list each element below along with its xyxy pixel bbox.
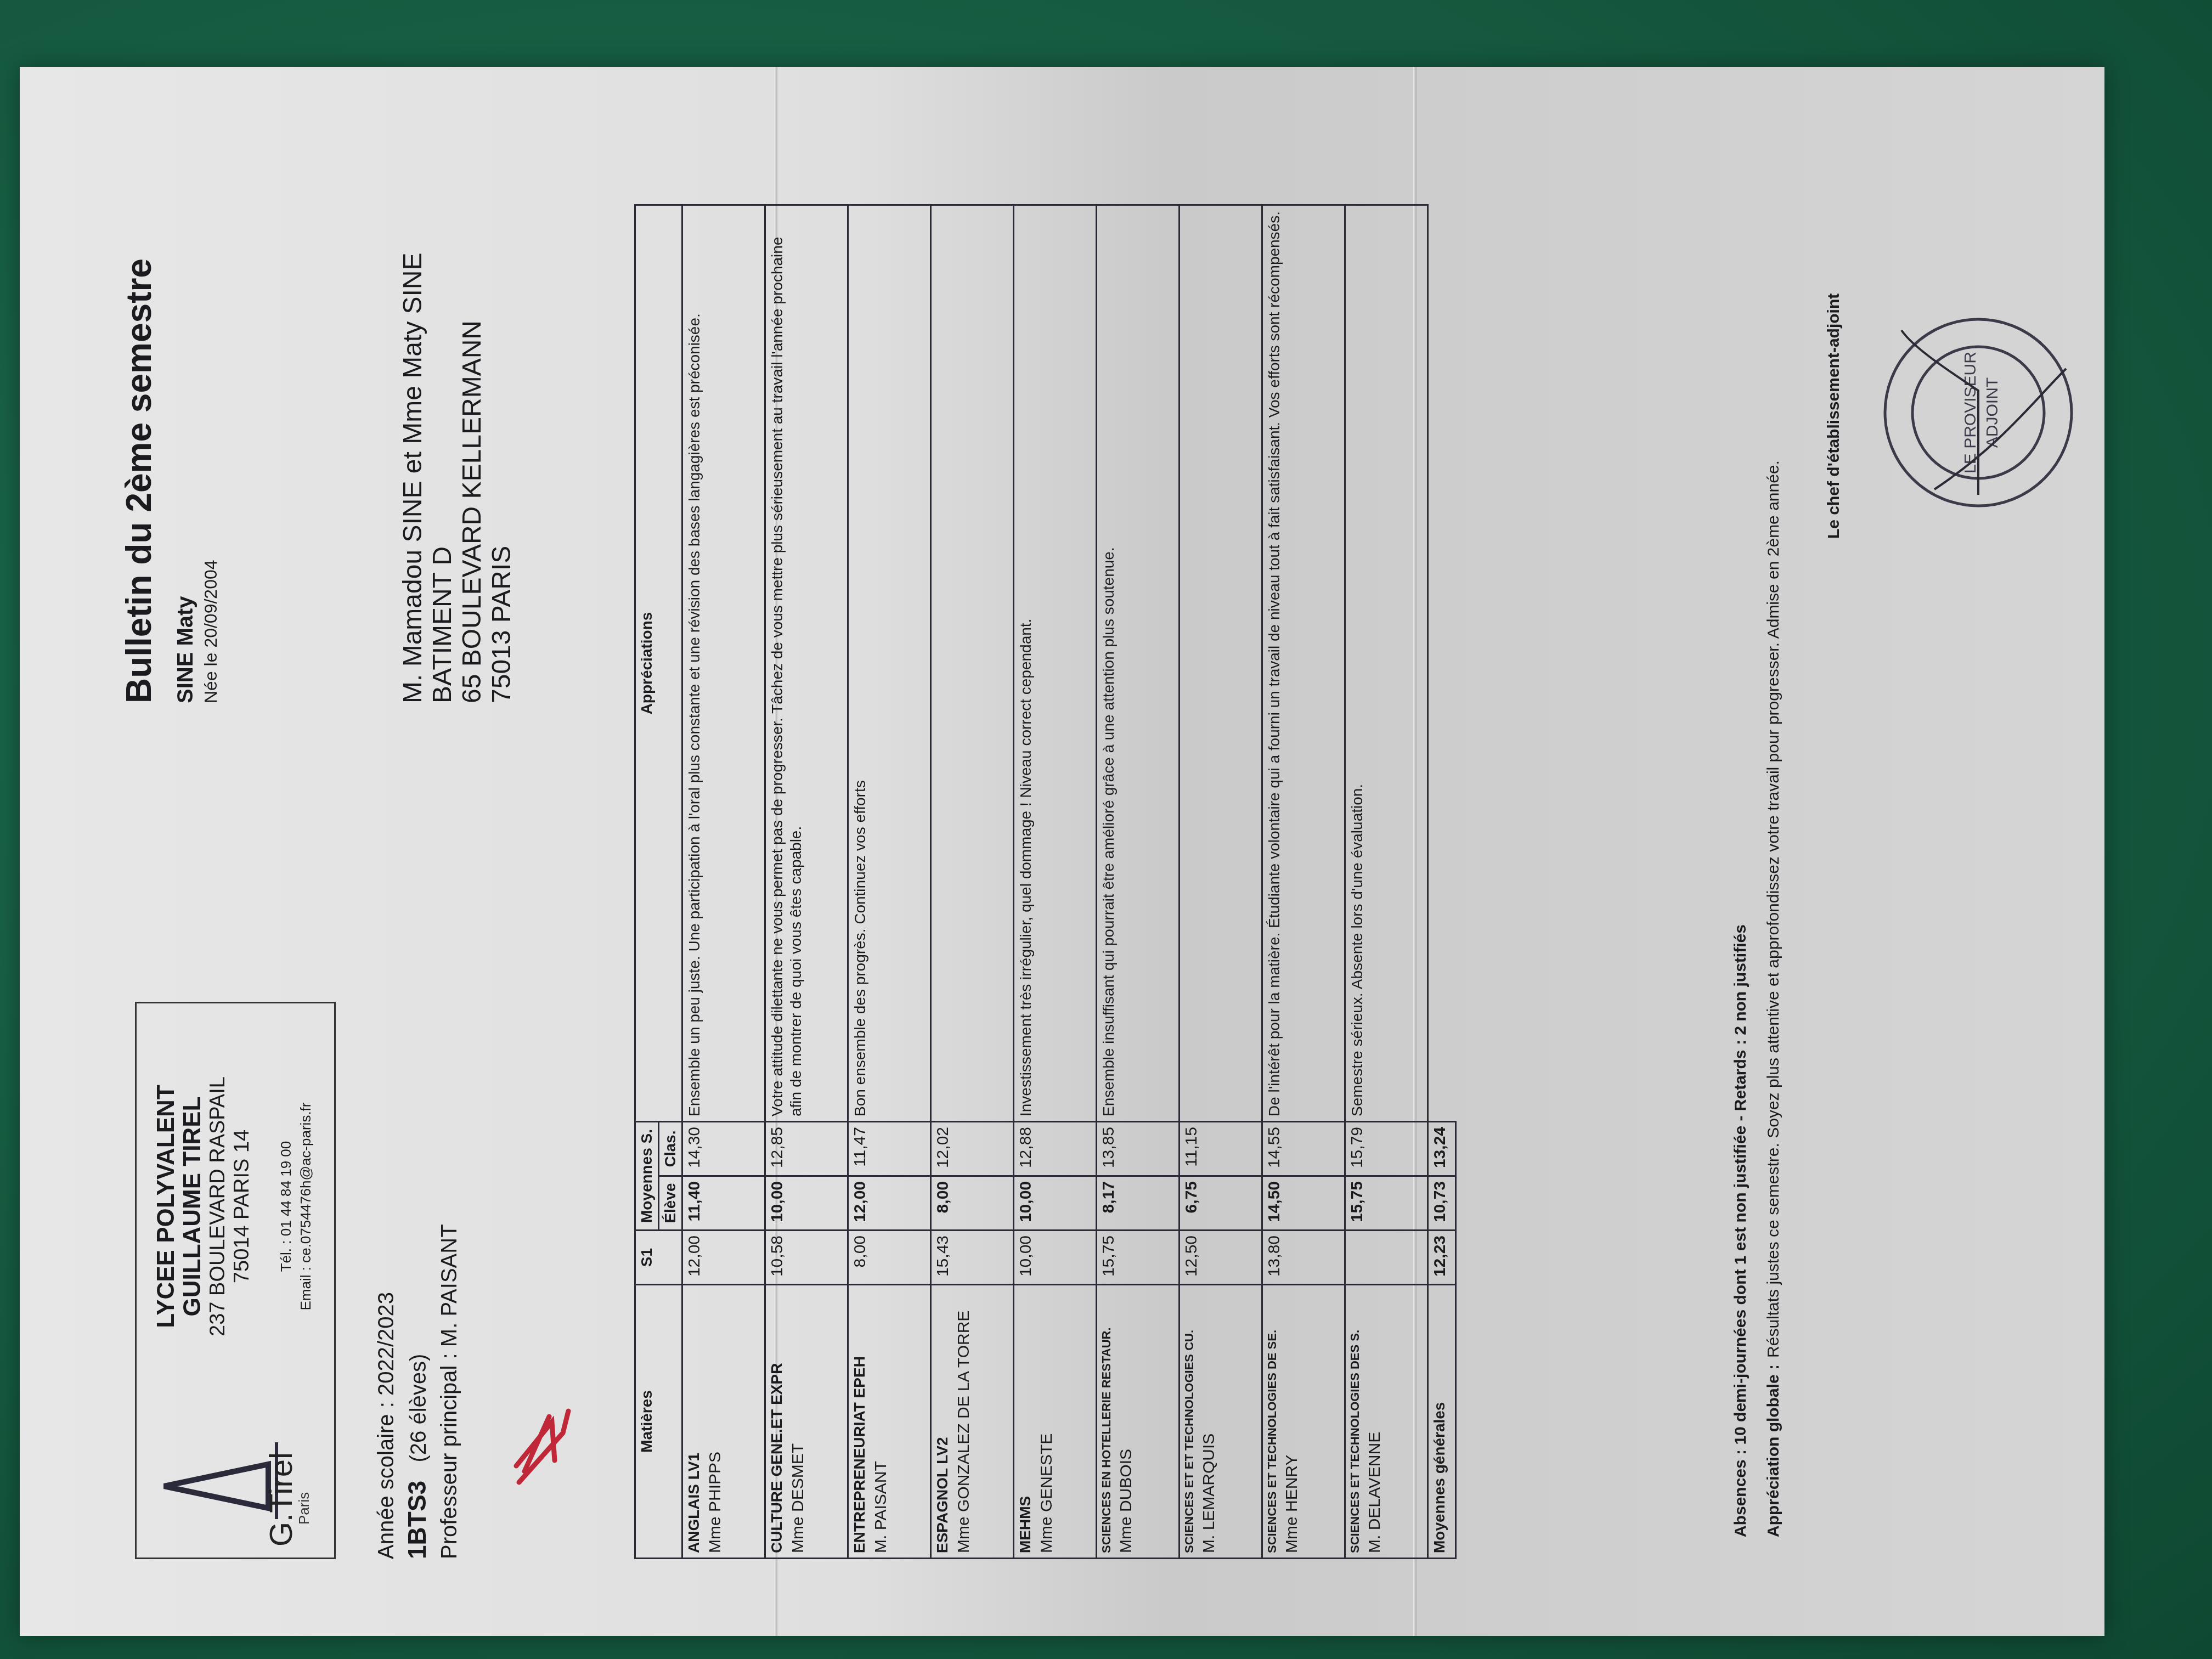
teacher-name: M. PAISANT	[872, 1290, 890, 1553]
class-info: Année scolaire : 2022/2023 1BTS3 (26 élè…	[371, 1224, 465, 1559]
totals-classe: 13,24	[1428, 1122, 1456, 1176]
recipient-address: M. Mamadou SINE et Mme Maty SINE BATIMEN…	[398, 252, 517, 703]
school-phone: Tél. : 01 44 84 19 00	[276, 1020, 296, 1393]
subject-cell: ENTREPRENEURIAT EPEH M. PAISANT	[848, 1285, 931, 1559]
s1-grade: 8,00	[848, 1231, 931, 1285]
grades-table: Matières S1 Moyennes S. Appréciations Él…	[634, 204, 1457, 1559]
col-appreciations: Appréciations	[635, 205, 682, 1122]
appreciation	[1180, 205, 1262, 1122]
table-row: SCIENCES EN HOTELLERIE RESTAUR. Mme DUBO…	[1097, 205, 1180, 1559]
head-teacher: Professeur principal : M. PAISANT	[434, 1224, 465, 1559]
school-name-2: GUILLAUME TIREL	[179, 1020, 206, 1393]
class-grade: 15,79	[1345, 1122, 1428, 1176]
class-size: (26 élèves)	[407, 1354, 431, 1463]
recipient-street: 65 BOULEVARD KELLERMANN	[458, 252, 487, 703]
totals-eleve: 10,73	[1428, 1176, 1456, 1231]
col-eleve: Élève	[659, 1176, 682, 1231]
s1-grade: 13,80	[1262, 1231, 1345, 1285]
table-row: SCIENCES ET TECHNOLOGIES DES S. M. DELAV…	[1345, 205, 1428, 1559]
appreciation: Ensemble un peu juste. Une participation…	[682, 205, 765, 1122]
class-grade: 11,15	[1180, 1122, 1262, 1176]
student-grade: 10,00	[765, 1176, 848, 1231]
student-grade: 14,50	[1262, 1176, 1345, 1231]
col-classe: Clas.	[659, 1122, 682, 1176]
s1-grade: 10,58	[765, 1231, 848, 1285]
subject-name: SCIENCES ET TECHNOLOGIES DE SE.	[1265, 1290, 1279, 1553]
s1-grade: 10,00	[1014, 1231, 1097, 1285]
teacher-name: Mme DUBOIS	[1117, 1290, 1136, 1553]
totals-label: Moyennes générales	[1428, 1285, 1456, 1559]
subject-cell: ANGLAIS LV1 Mme PHIPPS	[682, 1285, 765, 1559]
logo-name: G.Tirel	[263, 1452, 300, 1547]
student-grade: 11,40	[682, 1176, 765, 1231]
student-birthdate: Née le 20/09/2004	[201, 560, 221, 703]
global-text: Résultats justes ce semestre. Soyez plus…	[1764, 460, 1782, 1358]
absences: Absences : 10 demi-journées dont 1 est n…	[1731, 924, 1750, 1537]
subject-cell: SCIENCES ET TECHNOLOGIES DES S. M. DELAV…	[1345, 1285, 1428, 1559]
school-address-2: 75014 PARIS 14	[230, 1020, 254, 1393]
class-code: 1BTS3	[403, 1481, 431, 1559]
school-year: Année scolaire : 2022/2023	[371, 1224, 402, 1559]
global-label: Appréciation globale :	[1764, 1364, 1782, 1537]
subject-cell: ESPAGNOL LV2 Mme GONZALEZ DE LA TORRE	[931, 1285, 1014, 1559]
table-row: ENTREPRENEURIAT EPEH M. PAISANT 8,00 12,…	[848, 205, 931, 1559]
school-email: Email : ce.0754476h@ac-paris.fr	[296, 1020, 315, 1393]
table-row: ESPAGNOL LV2 Mme GONZALEZ DE LA TORRE 15…	[931, 205, 1014, 1559]
recipient-building: BATIMENT D	[428, 252, 458, 703]
class-grade: 12,02	[931, 1122, 1014, 1176]
table-row: MEHMS Mme GENESTE 10,00 10,00 12,88 Inve…	[1014, 205, 1097, 1559]
subject-cell: SCIENCES ET TECHNOLOGIES DE SE. Mme HENR…	[1262, 1285, 1345, 1559]
subject-cell: SCIENCES EN HOTELLERIE RESTAUR. Mme DUBO…	[1097, 1285, 1180, 1559]
subject-name: ENTREPRENEURIAT EPEH	[851, 1290, 868, 1553]
class-grade: 14,55	[1262, 1122, 1345, 1176]
class-grade: 14,30	[682, 1122, 765, 1176]
school-name-1: LYCEE POLYVALENT	[153, 1020, 179, 1393]
class-grade: 13,85	[1097, 1122, 1180, 1176]
subject-name: CULTURE GENE.ET EXPR	[768, 1290, 786, 1553]
table-row: SCIENCES ET TECHNOLOGIES DE SE. Mme HENR…	[1262, 205, 1345, 1559]
red-pen-mark-icon	[503, 1384, 574, 1493]
subject-cell: MEHMS Mme GENESTE	[1014, 1285, 1097, 1559]
page-title: Bulletin du 2ème semestre	[119, 258, 159, 703]
student-grade: 10,00	[1014, 1176, 1097, 1231]
recipient-city: 75013 PARIS	[487, 252, 517, 703]
student-grade: 15,75	[1345, 1176, 1428, 1231]
school-address-1: 237 BOULEVARD RASPAIL	[206, 1020, 230, 1393]
report-card-sheet: G.Tirel Paris LYCEE POLYVALENT GUILLAUME…	[20, 67, 2104, 1636]
appreciation: Bon ensemble des progrès. Continuez vos …	[848, 205, 931, 1122]
teacher-name: Mme HENRY	[1283, 1290, 1301, 1553]
col-s1: S1	[635, 1231, 682, 1285]
official-stamp-icon: LE PROVISEUR ADJOINT	[1880, 314, 2077, 511]
table-row: CULTURE GENE.ET EXPR Mme DESMET 10,58 10…	[765, 205, 848, 1559]
appreciation: Votre attitude dilettante ne vous permet…	[765, 205, 848, 1122]
s1-grade	[1345, 1231, 1428, 1285]
student-grade: 6,75	[1180, 1176, 1262, 1231]
class-grade: 11,47	[848, 1122, 931, 1176]
recipient-name: M. Mamadou SINE et Mme Maty SINE	[398, 252, 428, 703]
totals-empty	[1428, 205, 1456, 1122]
table-row: SCIENCES ET ET TECHNOLOGIES CU. M. LEMAR…	[1180, 205, 1262, 1559]
signer-title: Le chef d'établissement-adjoint	[1825, 294, 1843, 539]
subject-name: MEHMS	[1017, 1290, 1034, 1553]
s1-grade: 15,75	[1097, 1231, 1180, 1285]
s1-grade: 12,50	[1180, 1231, 1262, 1285]
student-name: SINE Maty	[173, 596, 198, 703]
school-header: G.Tirel Paris LYCEE POLYVALENT GUILLAUME…	[135, 1002, 336, 1559]
appreciation: Ensemble insuffisant qui pourrait être a…	[1097, 205, 1180, 1122]
appreciation	[931, 205, 1014, 1122]
appreciation: De l'intérêt pour la matière. Étudiante …	[1262, 205, 1345, 1122]
student-grade: 8,00	[931, 1176, 1014, 1231]
col-subject: Matières	[635, 1285, 682, 1559]
class-grade: 12,85	[765, 1122, 848, 1176]
global-appreciation: Appréciation globale :Résultats justes c…	[1764, 460, 1783, 1537]
class-grade: 12,88	[1014, 1122, 1097, 1176]
teacher-name: M. LEMARQUIS	[1200, 1290, 1218, 1553]
totals-row: Moyennes générales 12,23 10,73 13,24	[1428, 205, 1456, 1559]
appreciation: Semestre sérieux. Absente lors d'une éva…	[1345, 205, 1428, 1122]
table-row: ANGLAIS LV1 Mme PHIPPS 12,00 11,40 14,30…	[682, 205, 765, 1559]
appreciation: Investissement très irrégulier, quel dom…	[1014, 205, 1097, 1122]
s1-grade: 12,00	[682, 1231, 765, 1285]
subject-name: SCIENCES ET ET TECHNOLOGIES CU.	[1182, 1290, 1197, 1553]
stamp-inner-1: LE PROVISEUR	[1961, 352, 1979, 473]
teacher-name: Mme GENESTE	[1037, 1290, 1056, 1553]
subject-name: ANGLAIS LV1	[685, 1290, 703, 1553]
logo-city: Paris	[296, 1492, 313, 1525]
subject-cell: CULTURE GENE.ET EXPR Mme DESMET	[765, 1285, 848, 1559]
student-grade: 12,00	[848, 1176, 931, 1231]
teacher-name: Mme PHIPPS	[706, 1290, 725, 1553]
col-moyennes: Moyennes S.	[635, 1122, 659, 1231]
s1-grade: 15,43	[931, 1231, 1014, 1285]
subject-name: SCIENCES EN HOTELLERIE RESTAUR.	[1099, 1290, 1114, 1553]
teacher-name: Mme DESMET	[789, 1290, 808, 1553]
school-info: LYCEE POLYVALENT GUILLAUME TIREL 237 BOU…	[153, 1020, 315, 1393]
student-grade: 8,17	[1097, 1176, 1180, 1231]
subject-cell: SCIENCES ET ET TECHNOLOGIES CU. M. LEMAR…	[1180, 1285, 1262, 1559]
teacher-name: M. DELAVENNE	[1365, 1290, 1384, 1553]
subject-name: ESPAGNOL LV2	[934, 1290, 951, 1553]
totals-s1: 12,23	[1428, 1231, 1456, 1285]
teacher-name: Mme GONZALEZ DE LA TORRE	[955, 1290, 973, 1553]
subject-name: SCIENCES ET TECHNOLOGIES DES S.	[1348, 1290, 1362, 1553]
